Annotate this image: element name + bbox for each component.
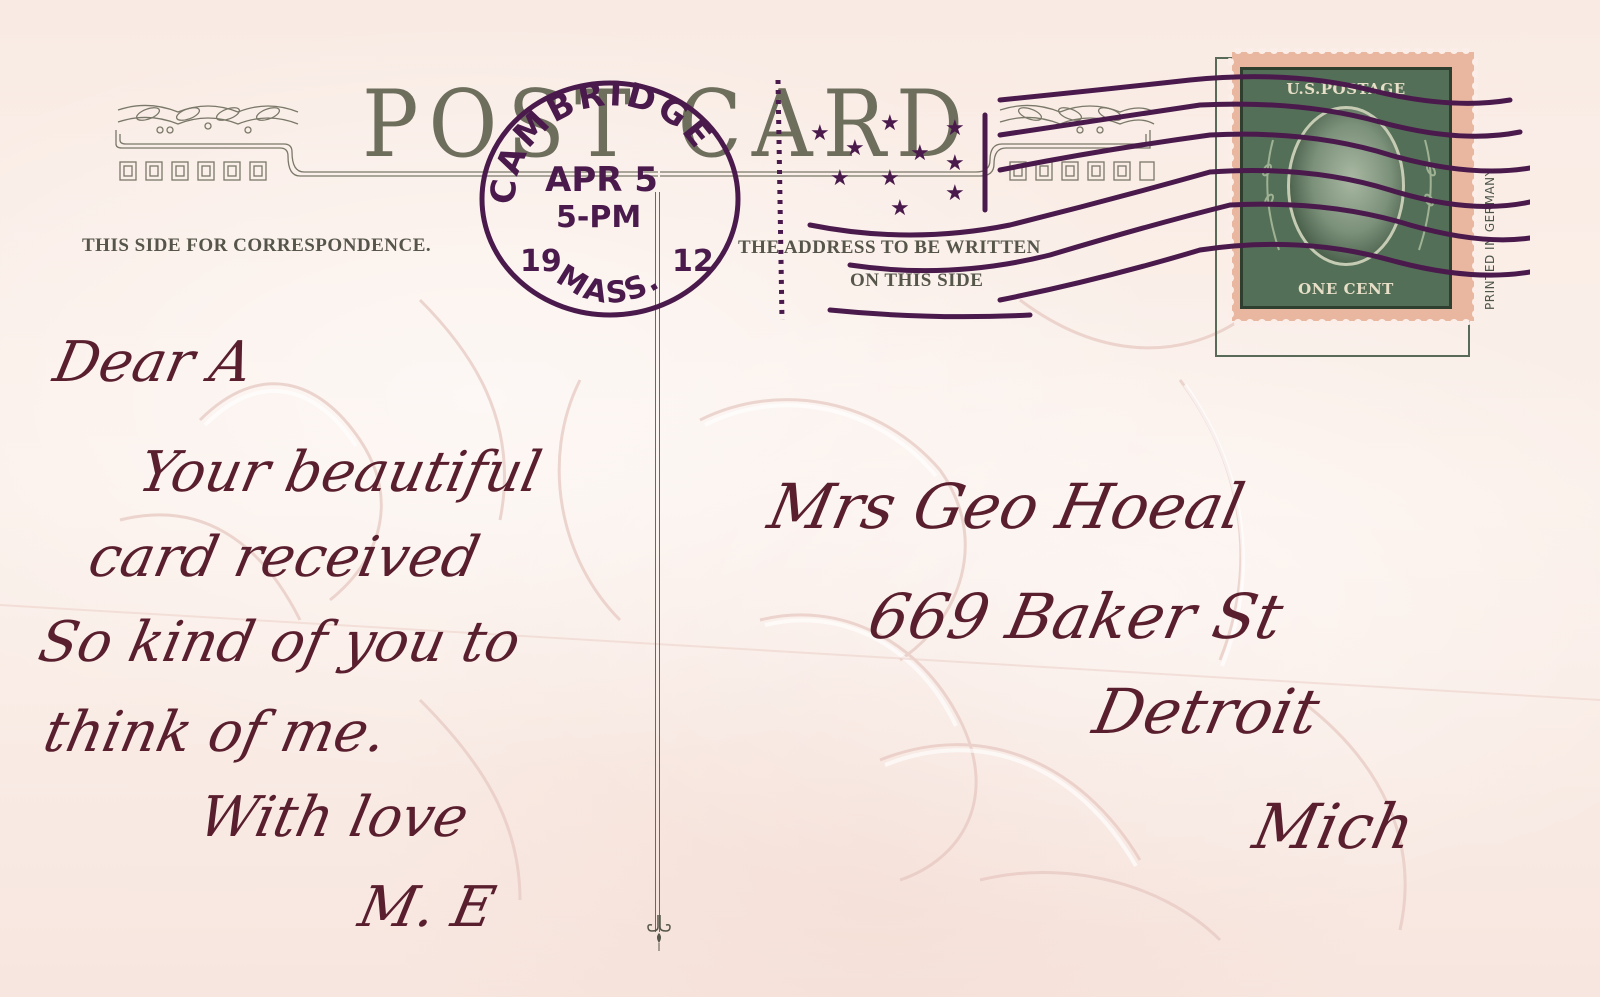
address-recipient: Mrs Geo Hoeal (762, 470, 1250, 543)
svg-text:★: ★ (945, 181, 965, 206)
svg-text:★: ★ (945, 116, 965, 141)
postmark-time: 5-PM (556, 200, 641, 235)
message-line: Your beautiful (133, 440, 547, 505)
message-signature: M. E (353, 875, 501, 940)
svg-text:★: ★ (830, 166, 850, 191)
postmark-date: APR 5 (545, 160, 658, 200)
svg-text:★: ★ (890, 196, 910, 221)
message-line: So kind of you to (33, 610, 526, 675)
postcard-back: POST CARD THIS SIDE FOR CORRESPONDENCE. … (0, 0, 1600, 997)
postmark-year-right: 12 (672, 244, 714, 279)
message-line: think of me. (38, 700, 392, 765)
flag-cancellation-mark: ★ ★ ★ ★ ★ ★ ★ ★ ★ ★ (770, 60, 1530, 330)
message-closing: With love (193, 785, 474, 850)
svg-text:★: ★ (845, 136, 865, 161)
correspondence-label: THIS SIDE FOR CORRESPONDENCE. (82, 235, 431, 257)
message-line: card received (83, 525, 485, 590)
postmark-year-left: 19 (520, 244, 562, 279)
svg-text:★: ★ (880, 166, 900, 191)
address-city: Detroit (1087, 675, 1326, 748)
postmark-state: MASS. (550, 258, 666, 311)
svg-text:★: ★ (880, 111, 900, 136)
address-street: 669 Baker St (862, 580, 1289, 653)
message-line-greeting: Dear A (48, 330, 258, 395)
svg-text:★: ★ (945, 151, 965, 176)
svg-text:★: ★ (810, 121, 830, 146)
address-state: Mich (1247, 790, 1420, 863)
svg-text:★: ★ (910, 141, 930, 166)
svg-text:MASS.: MASS. (550, 258, 666, 311)
divider-finial-icon (644, 915, 674, 955)
